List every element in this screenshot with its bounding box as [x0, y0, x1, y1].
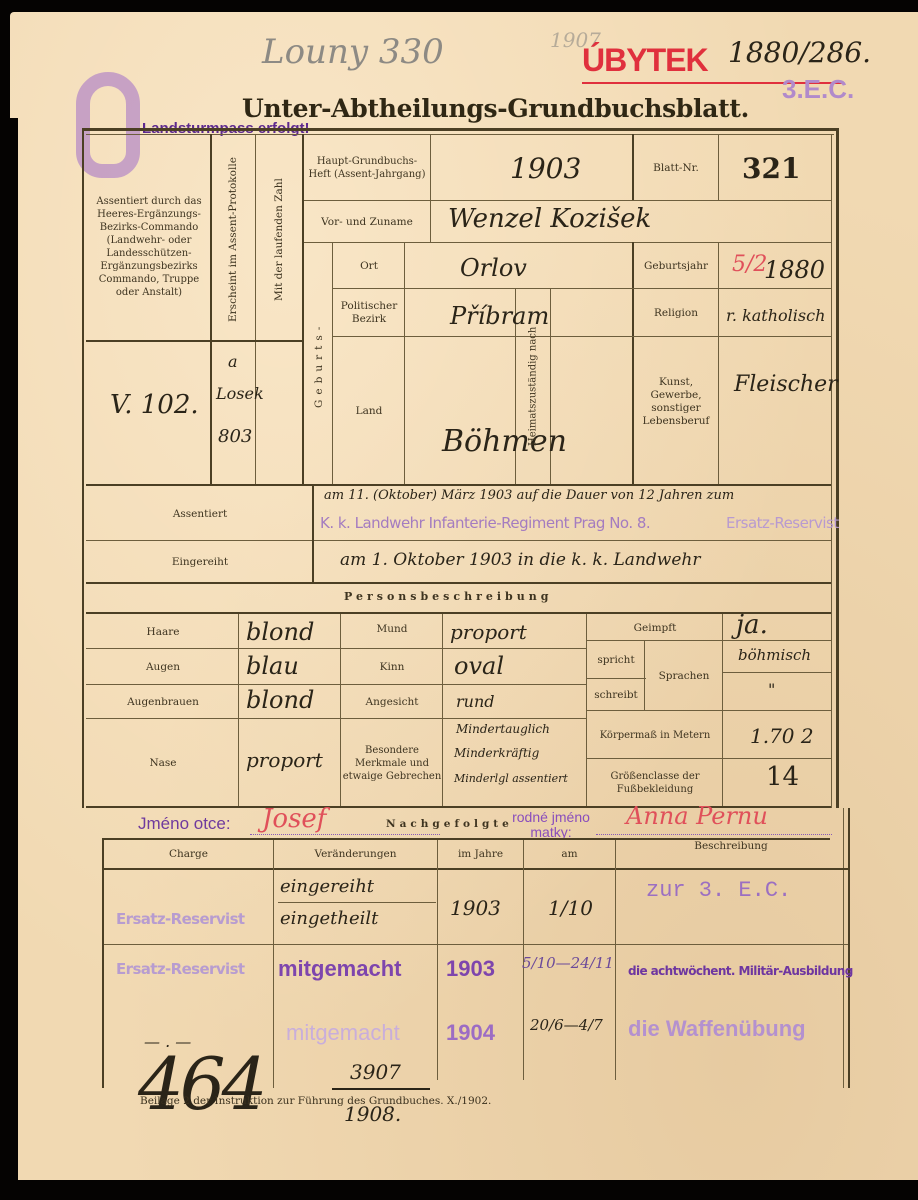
- merkmale-value-3: Minderlgl assentiert: [454, 772, 568, 785]
- assentiert-durch-value: V. 102.: [110, 390, 199, 420]
- brauen-value: blond: [246, 686, 314, 714]
- row3-change: mitgemacht: [286, 1020, 400, 1046]
- father-label: Jméno otce:: [138, 814, 231, 834]
- row1-desc: zur 3. E.C.: [646, 878, 791, 903]
- description-title: Personsbeschreibung: [344, 590, 552, 603]
- schreibt-label: schreibt: [588, 680, 644, 710]
- hauptgrundbuch-label: Haupt-Grundbuchs-Heft (Assent-Jahrgang): [306, 138, 428, 198]
- col-am: am: [524, 840, 615, 868]
- religion-value: r. katholisch: [726, 306, 825, 325]
- beruf-label: Kunst, Gewerbe, sonstiger Lebensberuf: [634, 362, 718, 442]
- augen-label: Augen: [88, 650, 238, 684]
- merkmale-label: Besondere Merkmale und etwaige Gebrechen: [342, 720, 442, 806]
- schreibt-value: ": [768, 680, 775, 699]
- geimpft-value: ja.: [736, 610, 768, 640]
- row2-charge: Ersatz-Reservist: [116, 960, 244, 978]
- blatt-label: Blatt-Nr.: [634, 138, 718, 198]
- sprachen-label: Sprachen: [646, 642, 722, 710]
- angesicht-value: rund: [456, 692, 495, 711]
- mund-value: proport: [450, 620, 527, 644]
- row1-change-top: eingereiht: [280, 876, 374, 897]
- nase-value: proport: [246, 748, 323, 772]
- spricht-value: böhmisch: [738, 646, 811, 664]
- religion-label: Religion: [634, 290, 718, 336]
- father-dotted-line: [250, 834, 440, 835]
- mother-label: rodné jméno matky:: [508, 810, 594, 840]
- blatt-value: 321: [742, 152, 800, 185]
- row2-year: 1903: [446, 956, 495, 982]
- assentiert-value: am 11. (Oktober) März 1903 auf die Dauer…: [324, 488, 734, 503]
- merkmale-value-1: Mindertauglich: [456, 722, 550, 736]
- haare-label: Haare: [88, 616, 238, 648]
- regiment-stamp: K. k. Landwehr Infanterie-Regiment Prag …: [320, 514, 650, 532]
- augen-value: blau: [246, 652, 299, 680]
- page-title: Unter-Abtheilungs-Grundbuchsblatt.: [242, 94, 749, 123]
- ubytek-stamp: ÚBYTEK: [582, 42, 708, 79]
- row3-date: 20/6—4/7: [530, 1016, 603, 1034]
- number-3907: 3907: [350, 1060, 401, 1084]
- protokoll-label: Erscheint im Assent-Protokolle: [218, 142, 248, 338]
- bezirk-label: Politischer Bezirk: [334, 290, 404, 336]
- geburtsjahr-mark: 5/2: [732, 252, 767, 277]
- heimat-label: Heimatszuständig nach: [518, 292, 548, 480]
- footer-text: Beilage 2 der Instruktion zur Führung de…: [140, 1095, 491, 1107]
- assentiert-durch-label: Assentiert durch das Heeres-Ergänzungs-B…: [90, 182, 208, 312]
- row3-desc: die Waffenübung: [628, 1016, 806, 1042]
- kinn-label: Kinn: [342, 650, 442, 684]
- name-label: Vor- und Zuname: [306, 202, 428, 242]
- big-number: 464: [138, 1042, 263, 1126]
- 3ec-stamp: 3.E.C.: [782, 74, 854, 105]
- mother-value: Anna Pernu: [626, 802, 768, 830]
- mund-label: Mund: [342, 616, 442, 642]
- koerpermass-label: Körpermaß in Metern: [588, 712, 722, 758]
- spricht-label: spricht: [588, 642, 644, 678]
- assentiert-label: Assentiert: [90, 488, 310, 540]
- document-page: Louny 330 1907 ÚBYTEK 1880/286. 3.E.C. U…: [10, 12, 918, 1180]
- pencil-note: Louny 330: [262, 32, 444, 72]
- father-value: Josef: [262, 804, 326, 834]
- row1-change: eingetheilt: [280, 908, 378, 929]
- eingereiht-label: Eingereiht: [90, 542, 310, 582]
- row2-change: mitgemacht: [278, 956, 401, 982]
- violet-fingerprint-stamp: [76, 72, 140, 178]
- geburtsjahr-value: 1880: [764, 256, 825, 284]
- col-charge: Charge: [104, 840, 273, 868]
- reservist-stamp-assent: Ersatz-Reservist: [726, 514, 839, 532]
- land-label: Land: [334, 338, 404, 484]
- beruf-value: Fleischer: [734, 372, 838, 397]
- laufende-zahl-label: Mit der laufenden Zahl: [264, 142, 294, 338]
- brauen-label: Augenbrauen: [88, 686, 238, 718]
- protokoll-value-mid: Losek: [216, 384, 264, 403]
- haare-value: blond: [246, 618, 314, 646]
- land-value: Böhmen: [442, 424, 567, 459]
- col-beschreibung: Beschreibung: [616, 832, 846, 860]
- kinn-value: oval: [454, 652, 504, 680]
- row2-date: 5/10—24/11: [522, 954, 614, 972]
- geburts-label: Geburts-: [308, 252, 330, 478]
- merkmale-value-2: Minderkräftig: [454, 746, 539, 760]
- ort-label: Ort: [334, 244, 404, 288]
- row2-desc: die achtwöchent. Militär-Ausbildung: [628, 964, 853, 978]
- koerpermass-value: 1.70 2: [750, 724, 814, 748]
- row1-charge: Ersatz-Reservist: [116, 910, 244, 928]
- angesicht-label: Angesicht: [342, 686, 442, 718]
- nachgefolgt-label: Nachgefolgte: [386, 818, 513, 830]
- row1-date: 1/10: [548, 896, 593, 920]
- geburtsjahr-label: Geburtsjahr: [634, 244, 718, 288]
- page-edge-shadow: [0, 118, 18, 1180]
- fuss-label: Größenclasse der Fußbekleidung: [588, 760, 722, 806]
- number-3907-underline: [332, 1088, 430, 1090]
- nase-label: Nase: [88, 720, 238, 806]
- col-veraenderungen: Veränderungen: [274, 840, 437, 868]
- row1-year: 1903: [450, 896, 501, 920]
- name-value: Wenzel Kozišek: [448, 204, 651, 234]
- hauptgrundbuch-value: 1903: [510, 152, 581, 185]
- geimpft-label: Geimpft: [588, 616, 722, 640]
- row3-year: 1904: [446, 1020, 495, 1046]
- fuss-value: 14: [766, 762, 799, 792]
- ort-value: Orlov: [460, 254, 527, 282]
- eingereiht-value: am 1. Oktober 1903 in die k. k. Landwehr: [340, 550, 700, 570]
- protokoll-value-bottom: 803: [218, 426, 252, 447]
- number-1908: 1908.: [344, 1102, 401, 1126]
- ubytek-reference: 1880/286.: [728, 36, 871, 69]
- col-im-jahre: im Jahre: [438, 840, 523, 868]
- protokoll-value-top: a: [228, 352, 238, 371]
